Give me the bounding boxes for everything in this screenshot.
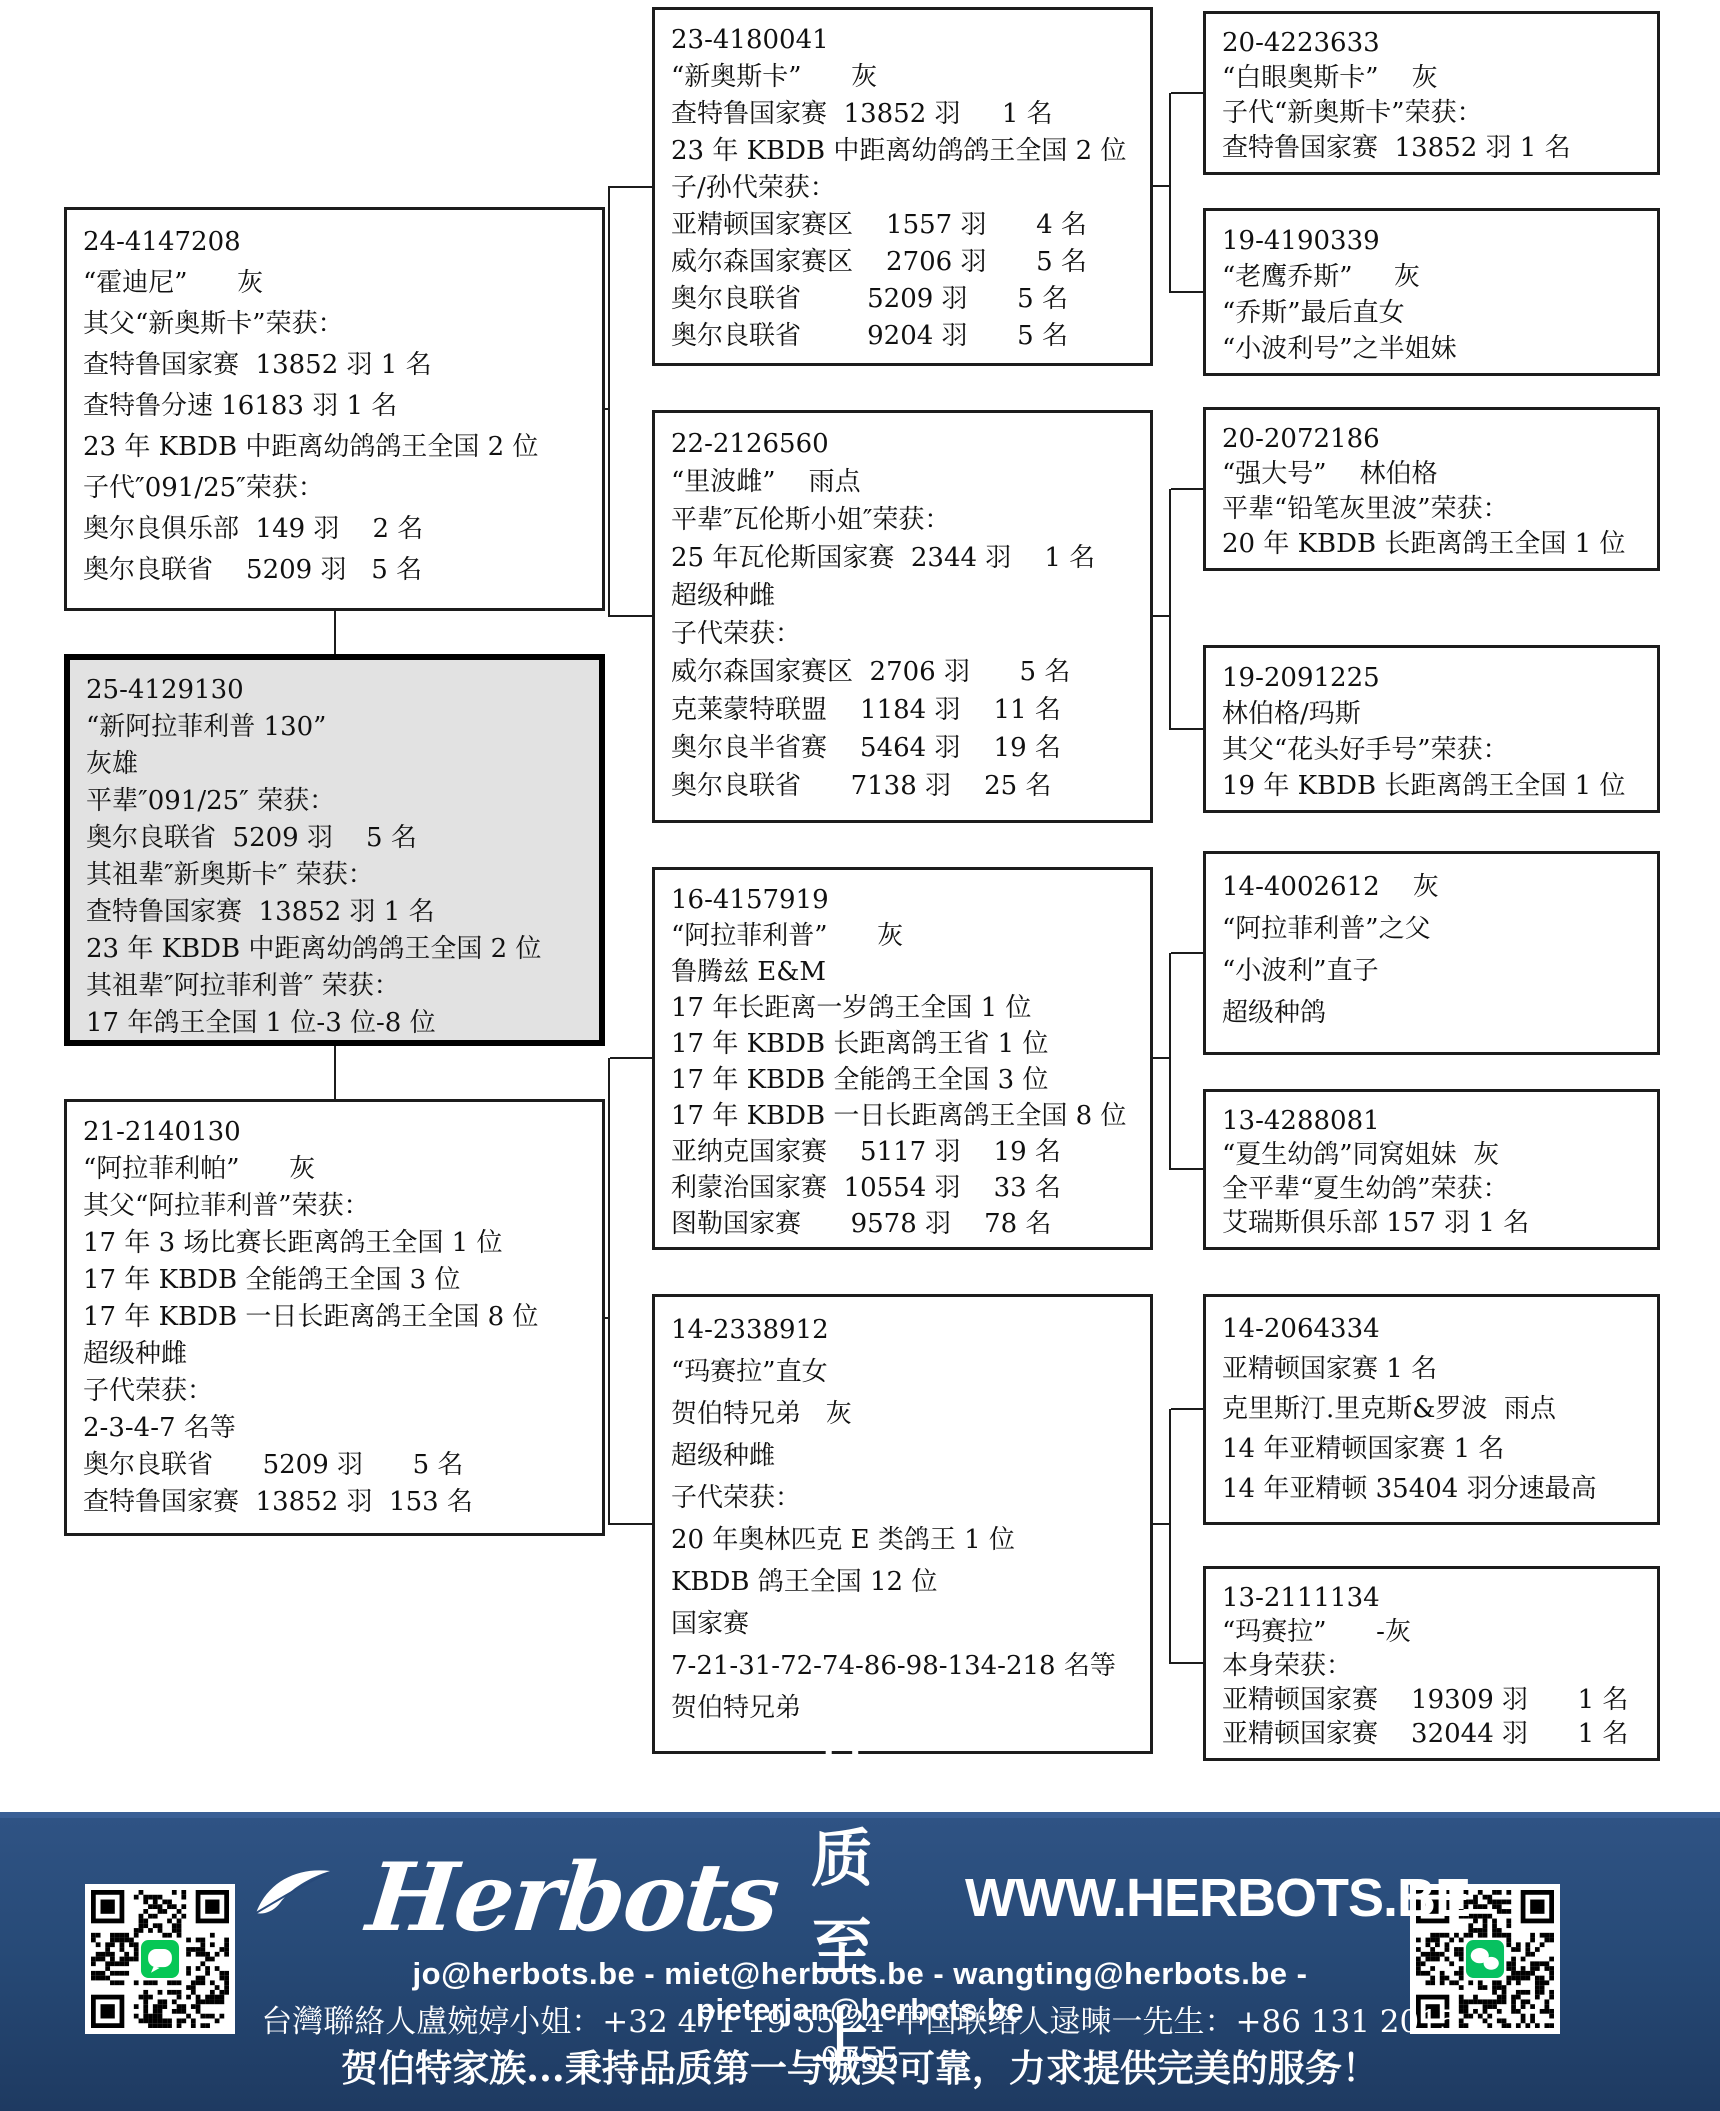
pedigree-box-19-2091225: 19-2091225林伯格/玛斯其父“花头好手号”荣获：19 年 KBDB 长距… — [1203, 645, 1660, 813]
connector-line — [608, 1058, 610, 1525]
connector-line — [1171, 1408, 1203, 1410]
connector-line — [1153, 615, 1169, 617]
connector-line — [1171, 92, 1203, 94]
website-url: WWW.HERBOTS.BE — [965, 1867, 1470, 1929]
pedigree-box-13-2111134: 13-2111134“玛赛拉” -灰本身荣获：亚精顿国家赛 19309 羽 1 … — [1203, 1566, 1660, 1761]
pedigree-box-24-4147208: 24-4147208“霍迪尼” 灰其父“新奥斯卡”荣获：查特鲁国家赛 13852… — [64, 207, 605, 611]
footer-banner: Herbots 品质至上 WWW.HERBOTS.BE jo@herbots.b… — [0, 1812, 1720, 2111]
pedigree-box-19-4190339: 19-4190339“老鹰乔斯” 灰“乔斯”最后直女“小波利号”之半姐妹 — [1203, 208, 1660, 376]
pedigree-box-14-2338912: 14-2338912“玛赛拉”直女贺伯特兄弟 灰超级种雌子代荣获：20 年奥林匹… — [652, 1294, 1153, 1754]
connector-line — [610, 615, 652, 617]
connector-line — [1171, 952, 1203, 954]
connector-line — [1153, 1057, 1169, 1059]
connector-line — [1169, 489, 1171, 730]
connector-line — [610, 1057, 652, 1059]
connector-line — [1153, 185, 1169, 187]
pedigree-box-14-4002612: 14-4002612 灰“阿拉菲利普”之父“小波利”直子超级种鸽 — [1203, 851, 1660, 1055]
pedigree-box-20-4223633: 20-4223633“白眼奥斯卡” 灰子代“新奥斯卡”荣获：查特鲁国家赛 138… — [1203, 11, 1660, 175]
connector-line — [610, 1523, 652, 1525]
connector-line — [1171, 1168, 1203, 1170]
connector-line — [1169, 1409, 1171, 1664]
brand-logo-text: Herbots — [363, 1851, 782, 1945]
pedigree-box-22-2126560: 22-2126560“里波雌” 雨点平辈″瓦伦斯小姐″荣获：25 年瓦伦斯国家赛… — [652, 410, 1153, 823]
connector-line — [605, 1317, 610, 1319]
connector-line — [1171, 291, 1203, 293]
pedigree-box-16-4157919: 16-4157919“阿拉菲利普” 灰鲁腾兹 E&M17 年长距离一岁鸽王全国 … — [652, 867, 1153, 1250]
pedigree-box-21-2140130: 21-2140130“阿拉菲利帕” 灰其父“阿拉菲利普”荣获：17 年 3 场比… — [64, 1099, 605, 1536]
connector-line — [610, 186, 652, 188]
pedigree-box-13-4288081: 13-4288081“夏生幼鸽”同窝姐妹 灰全平辈“夏生幼鸽”荣获：艾瑞斯俱乐部… — [1203, 1089, 1660, 1250]
connector-line — [1171, 728, 1203, 730]
feather-icon — [250, 1863, 334, 1933]
connector-line — [1171, 488, 1203, 490]
connector-line — [1169, 93, 1171, 293]
connector-line — [1169, 953, 1171, 1170]
connector-line — [1171, 1662, 1203, 1664]
connector-line — [1153, 1523, 1169, 1525]
pedigree-page: 24-4147208“霍迪尼” 灰其父“新奥斯卡”荣获：查特鲁国家赛 13852… — [0, 0, 1720, 2111]
qr-code-line-icon — [85, 1884, 235, 2034]
connector-line — [608, 186, 610, 617]
connector-line — [605, 408, 610, 410]
brand-row: Herbots 品质至上 WWW.HERBOTS.BE — [250, 1842, 1470, 1954]
footer-slogan: 贺伯特家族...秉持品质第一与诚实可靠，力求提供完美的服务！ — [250, 2038, 1470, 2092]
pedigree-box-23-4180041: 23-4180041“新奥斯卡” 灰查特鲁国家赛 13852 羽 1 名23 年… — [652, 7, 1153, 366]
pedigree-box-25-4129130-subject: 25-4129130“新阿拉菲利普 130”灰雄平辈″091/25″ 荣获：奥尔… — [64, 654, 605, 1046]
connector-line — [334, 611, 336, 654]
connector-line — [334, 1046, 336, 1099]
pedigree-box-20-2072186: 20-2072186“强大号” 林伯格平辈“铅笔灰里波”荣获：20 年 KBDB… — [1203, 407, 1660, 571]
pedigree-box-14-2064334: 14-2064334亚精顿国家赛 1 名克里斯汀.里克斯&罗波 雨点14 年亚精… — [1203, 1294, 1660, 1525]
